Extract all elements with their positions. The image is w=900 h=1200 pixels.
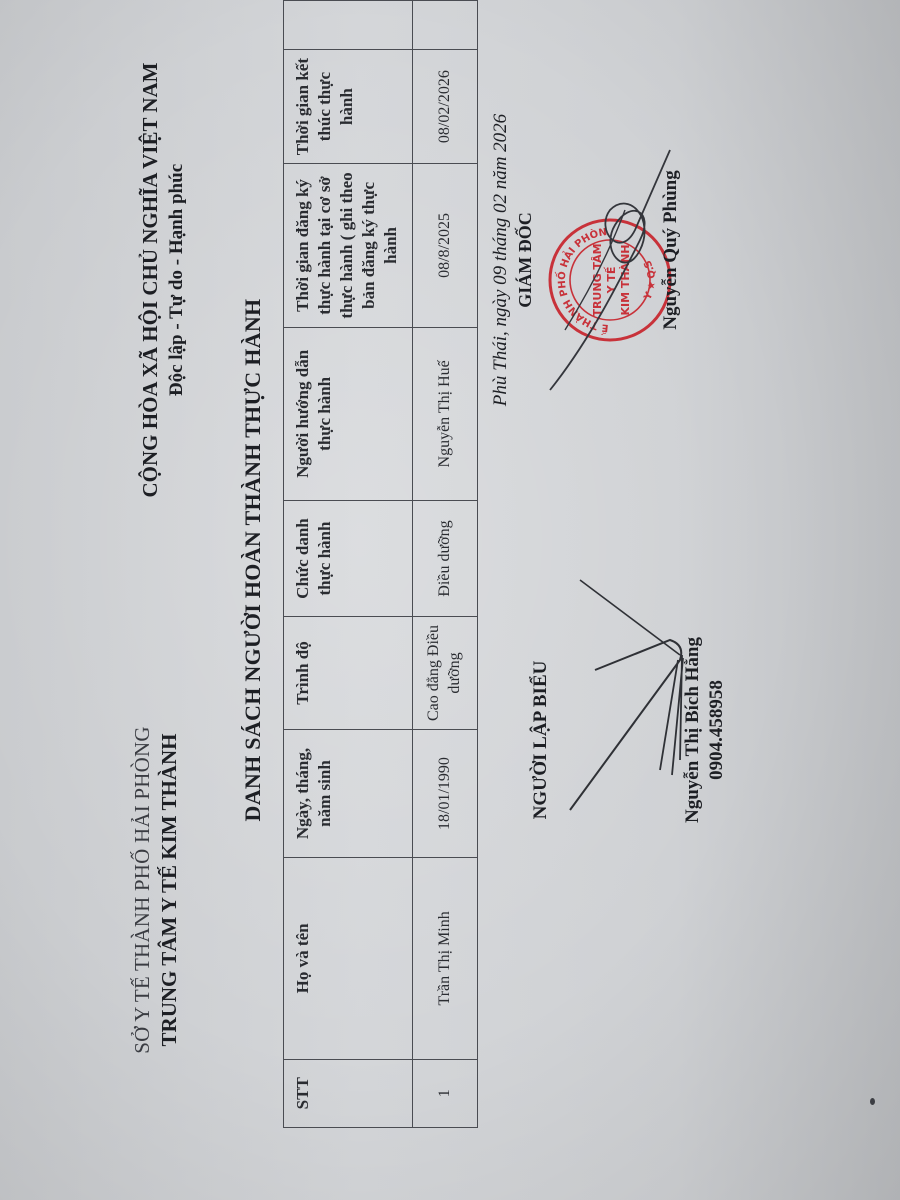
col-registration: Thời gian đăng ký thực hành tại cơ sở th… xyxy=(284,164,413,328)
issuing-authority: SỞ Y TẾ THÀNH PHỐ HẢI PHÒNG TRUNG TÂM Y … xyxy=(130,670,182,1110)
cell-name: Trần Thị Minh xyxy=(413,858,478,1059)
cell-registration: 08/8/2025 xyxy=(413,164,478,328)
document-page: SỞ Y TẾ THÀNH PHỐ HẢI PHÒNG TRUNG TÂM Y … xyxy=(0,0,900,1200)
department-name: SỞ Y TẾ THÀNH PHỐ HẢI PHÒNG xyxy=(130,670,155,1110)
cell-level: Cao đẳng Điều dưỡng xyxy=(413,617,478,730)
cell-end-date: 08/02/2026 xyxy=(413,50,478,164)
country-name: CỘNG HÒA XÃ HỘI CHỦ NGHĨA VIỆT NAM xyxy=(138,0,163,570)
completion-table: STT Họ và tên Ngày, tháng, năm sinh Trìn… xyxy=(283,0,478,1128)
preparer-phone: 0904.458958 xyxy=(706,540,728,920)
motto: Độc lập - Tự do - Hạnh phúc xyxy=(166,0,188,570)
paper-speck xyxy=(870,1098,875,1105)
col-dob: Ngày, tháng, năm sinh xyxy=(284,729,413,857)
cell-extra xyxy=(413,1,478,50)
cell-supervisor: Nguyễn Thị Huế xyxy=(413,327,478,500)
preparer-title: NGƯỜI LẬP BIỂU xyxy=(530,560,552,920)
col-name: Họ và tên xyxy=(284,858,413,1059)
preparer-name: Nguyễn Thị Bích Hằng xyxy=(682,540,704,920)
director-signature-icon xyxy=(530,140,680,400)
place-and-date: Phù Thái, ngày 09 tháng 02 năm 2026 xyxy=(490,20,512,500)
document-title: DANH SÁCH NGƯỜI HOÀN THÀNH THỰC HÀNH xyxy=(240,160,266,960)
col-level: Trình độ xyxy=(284,617,413,730)
cell-dob: 18/01/1990 xyxy=(413,729,478,857)
col-stt: STT xyxy=(284,1059,413,1127)
national-motto: CỘNG HÒA XÃ HỘI CHỦ NGHĨA VIỆT NAM Độc l… xyxy=(138,0,188,570)
col-end-date: Thời gian kết thúc thực hành xyxy=(284,50,413,164)
cell-position: Điều dưỡng xyxy=(413,500,478,616)
col-extra xyxy=(284,1,413,50)
col-supervisor: Người hướng dẫn thực hành xyxy=(284,327,413,500)
director-name: Nguyễn Quý Phùng xyxy=(660,90,682,410)
center-name: TRUNG TÂM Y TẾ KIM THÀNH xyxy=(157,670,182,1110)
table-header-row: STT Họ và tên Ngày, tháng, năm sinh Trìn… xyxy=(284,1,413,1128)
col-position: Chức danh thực hành xyxy=(284,500,413,616)
table-row: 1 Trần Thị Minh 18/01/1990 Cao đẳng Điều… xyxy=(413,1,478,1128)
cell-stt: 1 xyxy=(413,1059,478,1127)
preparer-signature-icon xyxy=(560,550,700,870)
